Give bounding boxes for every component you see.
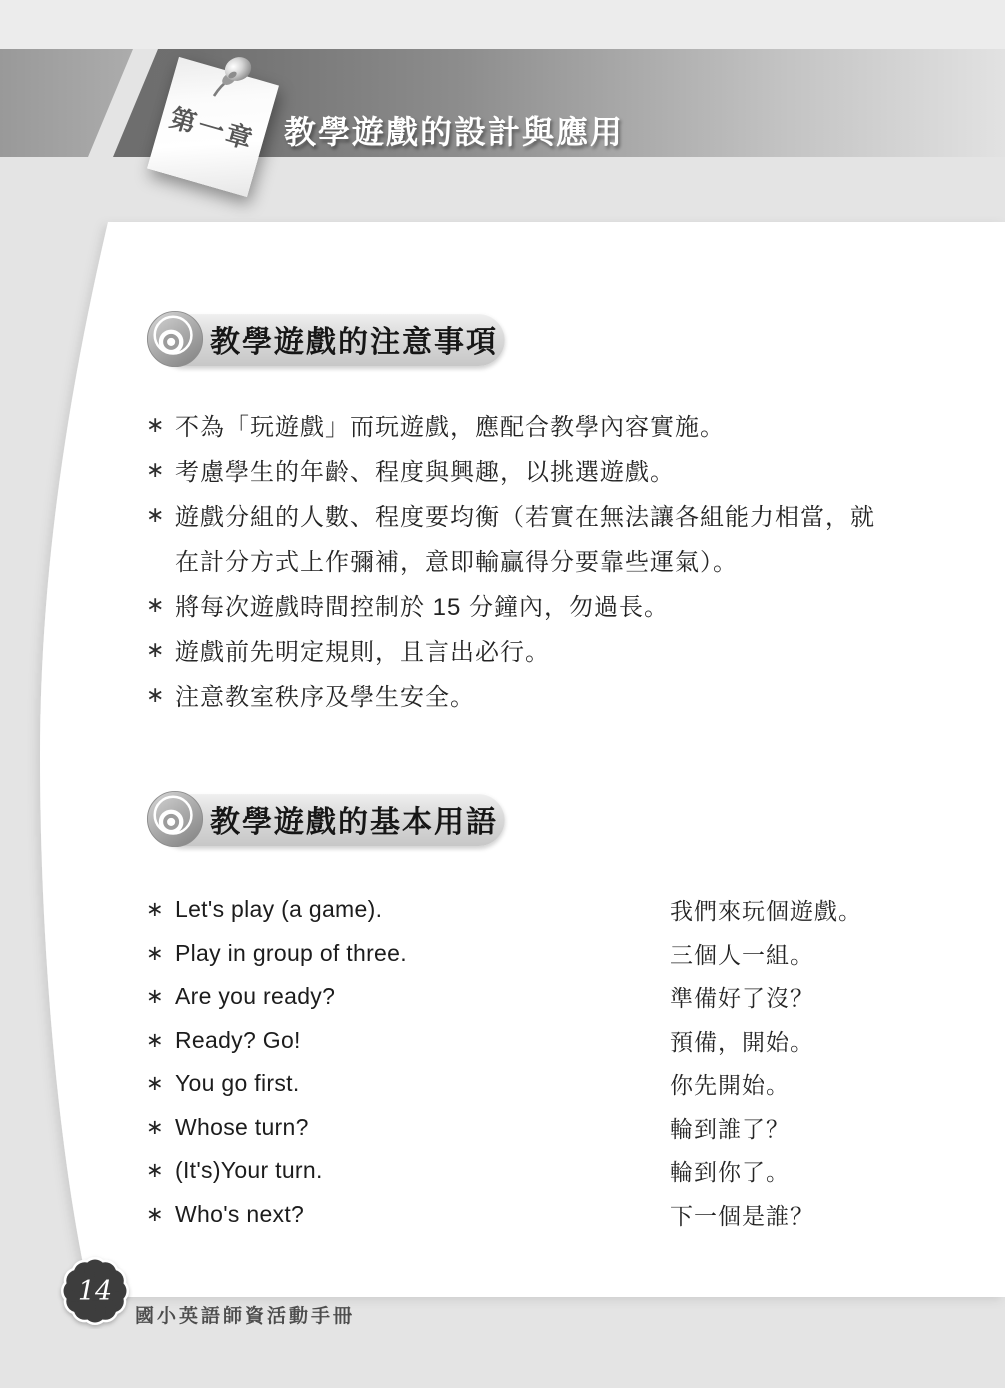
book-page: 教學遊戲的設計與應用 第一章 bbox=[0, 0, 1005, 1388]
phrase-english: (It's)Your turn. bbox=[175, 1157, 323, 1184]
bullet-marker: ∗ bbox=[146, 412, 175, 438]
bullet-marker: ∗ bbox=[146, 502, 175, 528]
bullet-marker: ∗ bbox=[146, 1158, 175, 1183]
bullet-marker: ∗ bbox=[146, 941, 175, 966]
phrase-chinese: 準備好了沒？ bbox=[670, 980, 814, 1013]
phrase-chinese: 你先開始。 bbox=[670, 1067, 790, 1100]
phrase-row: ∗ Ready? Go! 預備，開始。 bbox=[146, 1019, 966, 1063]
phrase-english: Let's play (a game). bbox=[175, 896, 382, 923]
phrase-list: ∗ Let's play (a game). 我們來玩個遊戲。 ∗ Play i… bbox=[146, 888, 966, 1236]
phrase-chinese: 輪到誰了？ bbox=[670, 1111, 790, 1144]
phrase-row: ∗ Play in group of three. 三個人一組。 bbox=[146, 932, 966, 976]
bullet-marker: ∗ bbox=[146, 984, 175, 1009]
bullet-marker: ∗ bbox=[146, 1115, 175, 1140]
phrase-english: Who's next? bbox=[175, 1201, 304, 1228]
bullet-marker: ∗ bbox=[146, 1071, 175, 1096]
note-line: ∗ 考慮學生的年齡、程度與興趣，以挑選遊戲。 bbox=[146, 447, 946, 492]
note-line: ∗ 注意教室秩序及學生安全。 bbox=[146, 672, 946, 717]
phrase-row: ∗ Whose turn? 輪到誰了？ bbox=[146, 1106, 966, 1150]
phrase-english: Ready? Go! bbox=[175, 1027, 301, 1054]
notes-list: ∗ 不為「玩遊戲」而玩遊戲，應配合教學內容實施。 ∗ 考慮學生的年齡、程度與興趣… bbox=[146, 402, 946, 717]
bullet-marker: ∗ bbox=[146, 637, 175, 663]
page-number: 14 bbox=[57, 1253, 133, 1329]
phrase-row: ∗ Are you ready? 準備好了沒？ bbox=[146, 975, 966, 1019]
phrase-english: You go first. bbox=[175, 1070, 300, 1097]
bullet-marker: ∗ bbox=[146, 1028, 175, 1053]
bullet-marker: ∗ bbox=[146, 682, 175, 708]
section-header-notes: 教學遊戲的注意事項 bbox=[146, 310, 546, 368]
phrase-chinese: 我們來玩個遊戲。 bbox=[670, 893, 862, 926]
phrase-chinese: 預備，開始。 bbox=[670, 1024, 814, 1057]
section-title: 教學遊戲的基本用語 bbox=[210, 790, 498, 848]
note-line: ∗ 將每次遊戲時間控制於 15 分鐘內，勿過長。 bbox=[146, 582, 946, 627]
bullet-marker: ∗ bbox=[146, 457, 175, 483]
note-line: ∗ 遊戲分組的人數、程度要均衡（若實在無法讓各組能力相當，就 bbox=[146, 492, 946, 537]
phrase-chinese: 輪到你了。 bbox=[670, 1154, 790, 1187]
page-content: 教學遊戲的注意事項 ∗ 不為「玩遊戲」而玩遊戲，應配合教學內容實施。 ∗ 考慮學… bbox=[0, 0, 1005, 1388]
bullseye-icon bbox=[146, 310, 204, 368]
note-line-continuation: 在計分方式上作彌補，意即輸贏得分要靠些運氣）。 bbox=[146, 537, 946, 582]
phrase-row: ∗ You go first. 你先開始。 bbox=[146, 1062, 966, 1106]
phrase-chinese: 三個人一組。 bbox=[670, 937, 814, 970]
phrase-chinese: 下一個是誰？ bbox=[670, 1198, 814, 1231]
bullet-marker: ∗ bbox=[146, 592, 175, 618]
section-header-phrases: 教學遊戲的基本用語 bbox=[146, 790, 546, 848]
section-title: 教學遊戲的注意事項 bbox=[210, 310, 498, 368]
phrase-english: Play in group of three. bbox=[175, 940, 407, 967]
phrase-english: Are you ready? bbox=[175, 983, 335, 1010]
phrase-english: Whose turn? bbox=[175, 1114, 309, 1141]
bullet-marker: ∗ bbox=[146, 897, 175, 922]
note-line: ∗ 遊戲前先明定規則，且言出必行。 bbox=[146, 627, 946, 672]
book-title: 國小英語師資活動手冊 bbox=[135, 1301, 355, 1328]
bullet-marker: ∗ bbox=[146, 1202, 175, 1227]
note-line: ∗ 不為「玩遊戲」而玩遊戲，應配合教學內容實施。 bbox=[146, 402, 946, 447]
phrase-row: ∗ Who's next? 下一個是誰？ bbox=[146, 1193, 966, 1237]
phrase-row: ∗ (It's)Your turn. 輪到你了。 bbox=[146, 1149, 966, 1193]
bullseye-icon bbox=[146, 790, 204, 848]
phrase-row: ∗ Let's play (a game). 我們來玩個遊戲。 bbox=[146, 888, 966, 932]
